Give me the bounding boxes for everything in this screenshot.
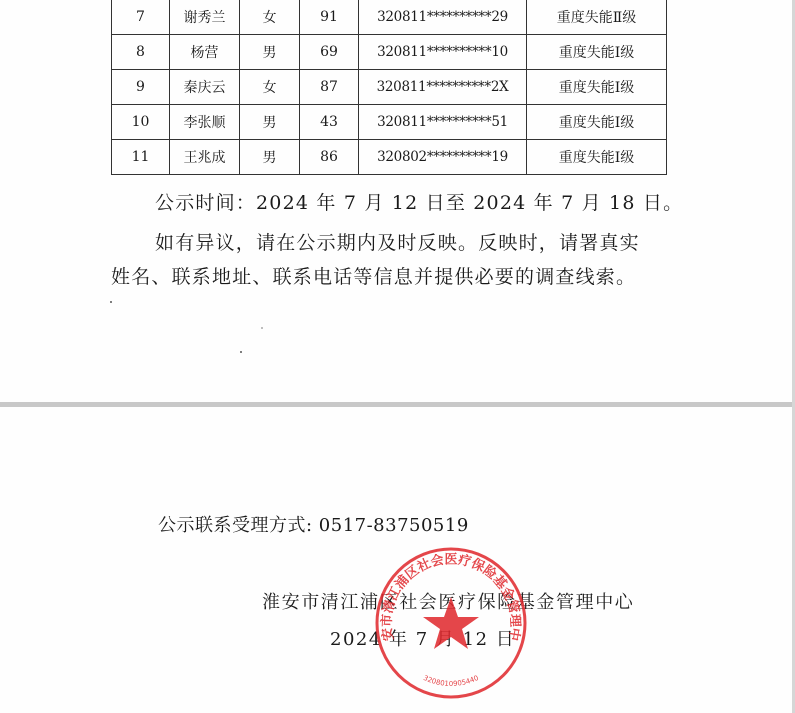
official-seal-icon: 淮安市清江浦区社会医疗保险基金管理中心 3208010905440 bbox=[373, 545, 529, 701]
cell-number: 10 bbox=[112, 105, 170, 140]
cell-disability-level: 重度失能Ⅰ级 bbox=[527, 35, 667, 70]
table-row: 8 杨营 男 69 320811**********10 重度失能Ⅰ级 bbox=[112, 35, 667, 70]
cell-sex: 男 bbox=[240, 140, 300, 175]
cell-id-number: 320811**********51 bbox=[359, 105, 527, 140]
cell-age: 91 bbox=[300, 0, 359, 35]
document-page-1: 7 谢秀兰 女 91 320811**********29 重度失能Ⅱ级 8 杨… bbox=[0, 0, 792, 402]
cell-sex: 女 bbox=[240, 0, 300, 35]
cell-sex: 女 bbox=[240, 70, 300, 105]
scan-speck bbox=[261, 327, 263, 329]
cell-number: 8 bbox=[112, 35, 170, 70]
cell-name: 秦庆云 bbox=[170, 70, 240, 105]
cell-id-number: 320802**********19 bbox=[359, 140, 527, 175]
cell-number: 9 bbox=[112, 70, 170, 105]
cell-id-number: 320811**********10 bbox=[359, 35, 527, 70]
table-row: 11 王兆成 男 86 320802**********19 重度失能Ⅰ级 bbox=[112, 140, 667, 175]
table-row: 7 谢秀兰 女 91 320811**********29 重度失能Ⅱ级 bbox=[112, 0, 667, 35]
beneficiary-table: 7 谢秀兰 女 91 320811**********29 重度失能Ⅱ级 8 杨… bbox=[111, 0, 667, 175]
cell-age: 69 bbox=[300, 35, 359, 70]
cell-id-number: 320811**********29 bbox=[359, 0, 527, 35]
cell-sex: 男 bbox=[240, 105, 300, 140]
cell-name: 李张顺 bbox=[170, 105, 240, 140]
scan-speck bbox=[110, 301, 112, 303]
cell-name: 杨营 bbox=[170, 35, 240, 70]
notice-period: 公示时间：2024 年 7 月 12 日至 2024 年 7 月 18 日。 bbox=[155, 188, 683, 215]
scan-speck bbox=[240, 351, 242, 353]
cell-disability-level: 重度失能Ⅱ级 bbox=[527, 0, 667, 35]
cell-number: 7 bbox=[112, 0, 170, 35]
cell-number: 11 bbox=[112, 140, 170, 175]
seal-number: 3208010905440 bbox=[422, 674, 480, 688]
cell-age: 43 bbox=[300, 105, 359, 140]
cell-disability-level: 重度失能Ⅰ级 bbox=[527, 70, 667, 105]
cell-sex: 男 bbox=[240, 35, 300, 70]
objection-instructions-line-1: 如有异议，请在公示期内及时反映。反映时，请署真实 bbox=[155, 228, 640, 255]
objection-instructions-line-2: 姓名、联系地址、联系电话等信息并提供必要的调查线索。 bbox=[111, 262, 636, 289]
cell-age: 86 bbox=[300, 140, 359, 175]
table-row: 10 李张顺 男 43 320811**********51 重度失能Ⅰ级 bbox=[112, 105, 667, 140]
cell-disability-level: 重度失能Ⅰ级 bbox=[527, 105, 667, 140]
svg-text:3208010905440: 3208010905440 bbox=[422, 674, 480, 688]
cell-disability-level: 重度失能Ⅰ级 bbox=[527, 140, 667, 175]
table-row: 9 秦庆云 女 87 320811**********2X 重度失能Ⅰ级 bbox=[112, 70, 667, 105]
cell-name: 王兆成 bbox=[170, 140, 240, 175]
contact-info: 公示联系受理方式: 0517-83750519 bbox=[158, 511, 469, 537]
cell-id-number: 320811**********2X bbox=[359, 70, 527, 105]
cell-name: 谢秀兰 bbox=[170, 0, 240, 35]
cell-age: 87 bbox=[300, 70, 359, 105]
